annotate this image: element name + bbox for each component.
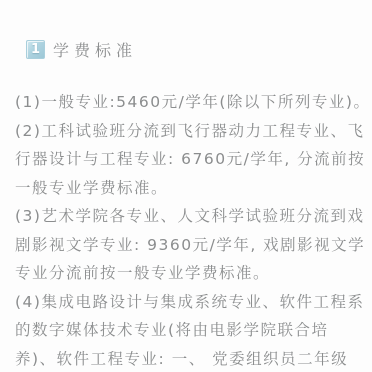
body-line: 的数字媒体技术专业(将由电影学院联合培 [15,316,357,345]
body-line: 养)、软件工程专业: 一、 党委组织员二年级 [15,345,357,372]
body-line: (3)艺术学院各专业、人文科学试验班分流到戏 [15,202,357,231]
document-page: 1 学费标准 (1)一般专业:5460元/学年(除以下所列专业)。 (2)工科试… [0,0,372,372]
body-line: 行器设计与工程专业: 6760元/学年, 分流前按 [15,145,357,174]
body-line: (4)集成电路设计与集成系统专业、软件工程系 [15,288,357,317]
section-number: 1 [31,43,40,56]
body-line: (1)一般专业:5460元/学年(除以下所列专业)。 [15,88,357,117]
body-line: 专业分流前按一般专业学费标准。 [15,259,357,288]
body-text: (1)一般专业:5460元/学年(除以下所列专业)。 (2)工科试验班分流到飞行… [15,88,357,372]
body-line: (2)工科试验班分流到飞行器动力工程专业、飞 [15,117,357,146]
section-title: 学费标准 [53,38,137,61]
body-line: 剧影视文学专业: 9360元/学年, 戏剧影视文学 [15,231,357,260]
section-header: 1 学费标准 [26,38,137,61]
section-number-badge: 1 [26,40,45,59]
body-line: 一般专业学费标准。 [15,174,357,203]
